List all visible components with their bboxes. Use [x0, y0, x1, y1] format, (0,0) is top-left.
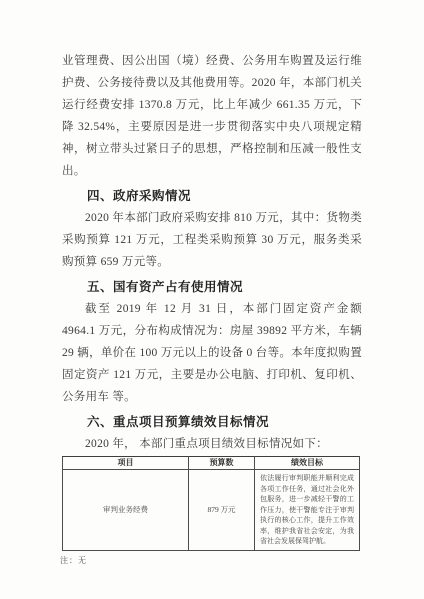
table-row: 审判业务经费 879 万元 依法履行审判职能并顺利完成各项工作任务，通过社会化外… — [63, 470, 360, 551]
note-line: 注：无 — [60, 555, 362, 567]
paragraph-government-procurement: 2020 年本部门政府采购安排 810 万元，其中：货物类采购预算 121 万元… — [62, 207, 362, 273]
heading-state-owned-assets: 五、国有资产占有使用情况 — [62, 276, 362, 298]
paragraph-state-owned-assets: 截至 2019 年 12 月 31 日，本部门固定资产金额 4964.1 万元，… — [62, 298, 362, 408]
table-header-project: 项目 — [63, 457, 189, 470]
cell-project-name: 审判业务经费 — [63, 470, 189, 551]
table-header-target: 绩效目标 — [255, 457, 360, 470]
paragraph-operating-expenses: 业管理费、因公出国（境）经费、公务用车购置及运行维护费、公务接待费以及其他费用等… — [62, 50, 362, 182]
table-header-budget: 预算数 — [189, 457, 255, 470]
cell-budget-amount: 879 万元 — [189, 470, 255, 551]
document-page: 业管理费、因公出国（境）经费、公务用车购置及运行维护费、公务接待费以及其他费用等… — [0, 0, 424, 599]
performance-target-table: 项目 预算数 绩效目标 审判业务经费 879 万元 依法履行审判职能并顺利完成各… — [62, 456, 360, 551]
heading-key-project-performance: 六、重点项目预算绩效目标情况 — [62, 411, 362, 433]
cell-performance-target: 依法履行审判职能并顺利完成各项工作任务，通过社会化外包服务，进一步减轻干警的工作… — [255, 470, 360, 551]
paragraph-key-project-intro: 2020 年， 本部门重点项目绩效目标情况如下： — [62, 433, 362, 455]
table-header-row: 项目 预算数 绩效目标 — [63, 457, 360, 470]
heading-government-procurement: 四、政府采购情况 — [62, 185, 362, 207]
